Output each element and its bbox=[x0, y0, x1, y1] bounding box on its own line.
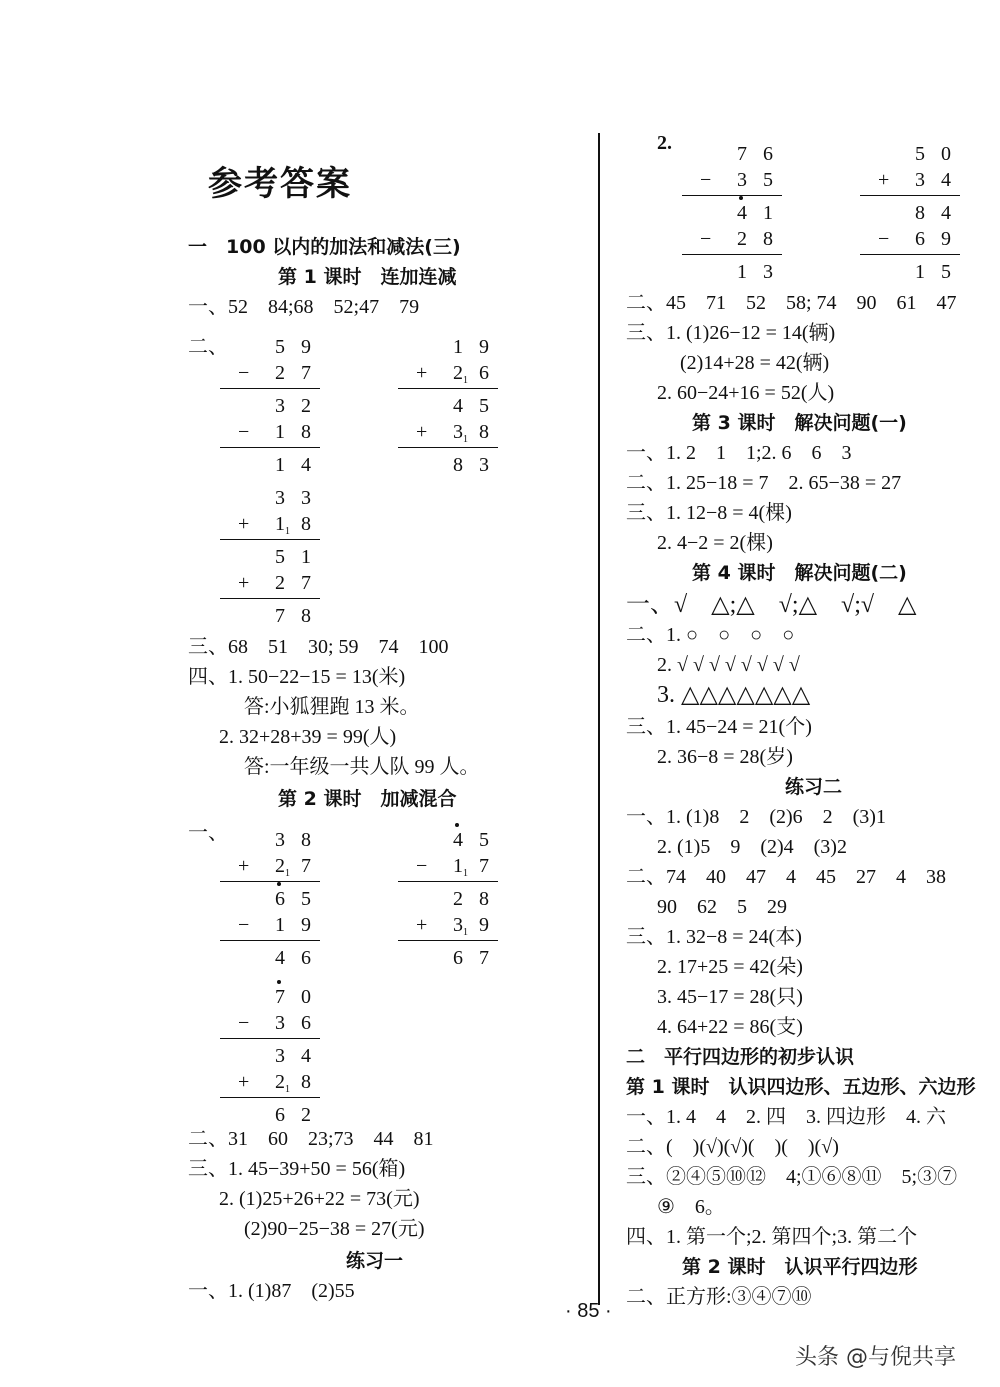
answer-line: 三、1. (1)26−12 = 14(辆) bbox=[626, 318, 835, 348]
vertical-calc: 19+26145+38183 bbox=[398, 334, 498, 478]
answer-line: 四、1. 第一个;2. 第四个;3. 第二个 bbox=[626, 1222, 917, 1252]
calc-divider bbox=[682, 195, 782, 196]
calc-operand: −19 bbox=[220, 912, 320, 938]
calc-operand: +271 bbox=[220, 853, 320, 879]
answer-line: 三、68 51 30; 59 74 100 bbox=[188, 632, 449, 662]
answer-line: 二、45 71 52 58; 74 90 61 47 bbox=[626, 288, 957, 318]
answer-line: 一、52 84;68 52;47 79 bbox=[188, 292, 419, 322]
carry-mark: 1 bbox=[285, 519, 290, 545]
page-number: · 85 · bbox=[565, 1300, 612, 1323]
answer-line: 二、74 40 47 4 45 27 4 38 bbox=[626, 862, 946, 892]
answer-line: 2. 4−2 = 2(棵) bbox=[657, 528, 773, 558]
unit1-heading: 一 100 以内的加法和减法(三) bbox=[188, 232, 461, 262]
answer-line: (2)90−25−38 = 27(元) bbox=[244, 1214, 424, 1244]
vertical-calc: 33+18151+2778 bbox=[220, 485, 320, 629]
answer-line: 三、1. 45−39+50 = 56(箱) bbox=[188, 1154, 405, 1184]
calc-result: 14 bbox=[220, 452, 320, 478]
watermark: 头条 @与倪共享 bbox=[795, 1340, 956, 1371]
calc-divider bbox=[220, 940, 320, 941]
answer-line: 2. 36−8 = 28(岁) bbox=[657, 742, 793, 772]
calc-operand: 41 bbox=[682, 200, 782, 226]
answer-line: 2. (1)5 9 (2)4 (3)2 bbox=[657, 832, 847, 862]
carry-mark: 1 bbox=[463, 427, 468, 453]
carry-mark: 1 bbox=[463, 368, 468, 394]
unit2-lesson2-heading: 第 2 课时 认识平行四边形 bbox=[682, 1252, 917, 1282]
lesson2-heading: 第 2 课时 加减混合 bbox=[278, 784, 456, 814]
calc-operand: +34 bbox=[860, 167, 960, 193]
calc-operand: 51 bbox=[220, 544, 320, 570]
calc-operand: +261 bbox=[398, 360, 498, 386]
page-title: 参考答案 bbox=[0, 156, 560, 205]
answer-line: 4. 64+22 = 86(支) bbox=[657, 1012, 803, 1042]
calc-divider bbox=[220, 1038, 320, 1039]
calc-divider bbox=[220, 598, 320, 599]
calc-divider bbox=[220, 539, 320, 540]
answer-line: 三、1. 45−24 = 21(个) bbox=[626, 712, 812, 742]
calc-operand: −69 bbox=[860, 226, 960, 252]
calc-operand: +181 bbox=[220, 511, 320, 537]
calc-operand: 32 bbox=[220, 393, 320, 419]
unit2-heading: 二 平行四边形的初步认识 bbox=[626, 1042, 854, 1072]
calc-divider bbox=[220, 881, 320, 882]
calc-operand: 28 bbox=[398, 886, 498, 912]
carry-mark: 1 bbox=[285, 861, 290, 887]
answer-line: 二、31 60 23;73 44 81 bbox=[188, 1124, 434, 1154]
answer-line: 3. △△△△△△△ bbox=[657, 680, 810, 710]
answer-label: 2. bbox=[657, 128, 672, 158]
calc-operand: −27 bbox=[220, 360, 320, 386]
calc-operand: 33 bbox=[220, 485, 320, 511]
calc-operand: 45 bbox=[398, 393, 498, 419]
calc-operand: 38 bbox=[220, 827, 320, 853]
calc-operand: −28 bbox=[682, 226, 782, 252]
answer-line: 四、1. 50−22−15 = 13(米) bbox=[188, 662, 405, 692]
answer-line: 一、1. 4 4 2. 四 3. 四边形 4. 六 bbox=[626, 1102, 946, 1132]
borrow-dot bbox=[739, 196, 743, 200]
answer-line: 2. 17+25 = 42(朵) bbox=[657, 952, 803, 982]
calc-result: 83 bbox=[398, 452, 498, 478]
vertical-calc: 76−3541−2813 bbox=[682, 141, 782, 285]
answer-line: 2. 60−24+16 = 52(人) bbox=[657, 378, 834, 408]
answer-line: 二、1. 25−18 = 7 2. 65−38 = 27 bbox=[626, 468, 901, 498]
lesson4-heading: 第 4 课时 解决问题(二) bbox=[692, 558, 907, 588]
calc-divider bbox=[860, 254, 960, 255]
calc-divider bbox=[220, 1097, 320, 1098]
calc-result: 13 bbox=[682, 259, 782, 285]
calc-operand: +281 bbox=[220, 1069, 320, 1095]
calc-divider bbox=[398, 447, 498, 448]
calc-result: 78 bbox=[220, 603, 320, 629]
answer-line: 一、1. (1)8 2 (2)6 2 (3)1 bbox=[626, 802, 886, 832]
column-divider bbox=[598, 133, 600, 1305]
answer-line: 2. 32+28+39 = 99(人) bbox=[219, 722, 396, 752]
calc-divider bbox=[682, 254, 782, 255]
answer-line: 二、( )(√)(√)( )( )(√) bbox=[626, 1132, 839, 1162]
calc-operand: 70 bbox=[220, 984, 320, 1010]
calc-operand: 19 bbox=[398, 334, 498, 360]
calc-result: 15 bbox=[860, 259, 960, 285]
calc-operand: +381 bbox=[398, 419, 498, 445]
answer-line: 3. 45−17 = 28(只) bbox=[657, 982, 803, 1012]
calc-operand: 59 bbox=[220, 334, 320, 360]
carry-mark: 1 bbox=[285, 1077, 290, 1103]
calc-operand: 76 bbox=[682, 141, 782, 167]
vertical-calc: 45−17128+39167 bbox=[398, 827, 498, 971]
vertical-calc: 50+3484−6915 bbox=[860, 141, 960, 285]
borrow-dot bbox=[277, 882, 281, 886]
answer-line: (2)14+28 = 42(辆) bbox=[680, 348, 829, 378]
carry-mark: 1 bbox=[463, 920, 468, 946]
calc-result: 46 bbox=[220, 945, 320, 971]
calc-operand: 50 bbox=[860, 141, 960, 167]
calc-divider bbox=[398, 388, 498, 389]
calc-result: 67 bbox=[398, 945, 498, 971]
calc-operand: +391 bbox=[398, 912, 498, 938]
calc-operand: 34 bbox=[220, 1043, 320, 1069]
answer-line: 二、正方形:③④⑦⑩ bbox=[626, 1282, 812, 1312]
answer-line: 2. (1)25+26+22 = 73(元) bbox=[219, 1184, 419, 1214]
answer-line: 一、√ △;△ √;△ √;√ △ bbox=[626, 590, 917, 620]
calc-divider bbox=[860, 195, 960, 196]
carry-mark: 1 bbox=[463, 861, 468, 887]
answer-line: 2. √ √ √ √ √ √ √ √ bbox=[657, 650, 800, 680]
vertical-calc: 59−2732−1814 bbox=[220, 334, 320, 478]
answer-line: 二、1. ○ ○ ○ ○ bbox=[626, 620, 794, 650]
vertical-calc: 70−3634+28162 bbox=[220, 984, 320, 1128]
calc-divider bbox=[398, 940, 498, 941]
calc-operand: −36 bbox=[220, 1010, 320, 1036]
calc-divider bbox=[220, 388, 320, 389]
answer-line: 90 62 5 29 bbox=[657, 892, 787, 922]
calc-operand: −171 bbox=[398, 853, 498, 879]
answer-line: 答:一年级一共人队 99 人。 bbox=[244, 752, 480, 782]
practice1-heading: 练习一 bbox=[346, 1246, 403, 1276]
unit2-lesson1-heading: 第 1 课时 认识四边形、五边形、六边形 bbox=[626, 1072, 975, 1102]
answer-line: 答:小狐狸跑 13 米。 bbox=[244, 692, 420, 722]
calc-divider bbox=[220, 447, 320, 448]
answer-line: ⑨ 6。 bbox=[657, 1192, 725, 1222]
lesson3-heading: 第 3 课时 解决问题(一) bbox=[692, 408, 907, 438]
lesson1-heading: 第 1 课时 连加连减 bbox=[278, 262, 456, 292]
calc-operand: −18 bbox=[220, 419, 320, 445]
answer-line: 三、1. 12−8 = 4(棵) bbox=[626, 498, 792, 528]
borrow-dot bbox=[455, 823, 459, 827]
calc-operand: +27 bbox=[220, 570, 320, 596]
answer-line: 一、1. 2 1 1;2. 6 6 3 bbox=[626, 438, 852, 468]
calc-operand: 65 bbox=[220, 886, 320, 912]
calc-divider bbox=[398, 881, 498, 882]
answer-line: 三、1. 32−8 = 24(本) bbox=[626, 922, 802, 952]
borrow-dot bbox=[277, 980, 281, 984]
vertical-calc: 38+27165−1946 bbox=[220, 827, 320, 971]
calc-operand: −35 bbox=[682, 167, 782, 193]
practice2-heading: 练习二 bbox=[785, 772, 842, 802]
calc-operand: 84 bbox=[860, 200, 960, 226]
calc-operand: 45 bbox=[398, 827, 498, 853]
answer-line: 一、1. (1)87 (2)55 bbox=[188, 1276, 355, 1306]
answer-line: 三、②④⑤⑩⑫ 4;①⑥⑧⑪ 5;③⑦ bbox=[626, 1162, 957, 1192]
